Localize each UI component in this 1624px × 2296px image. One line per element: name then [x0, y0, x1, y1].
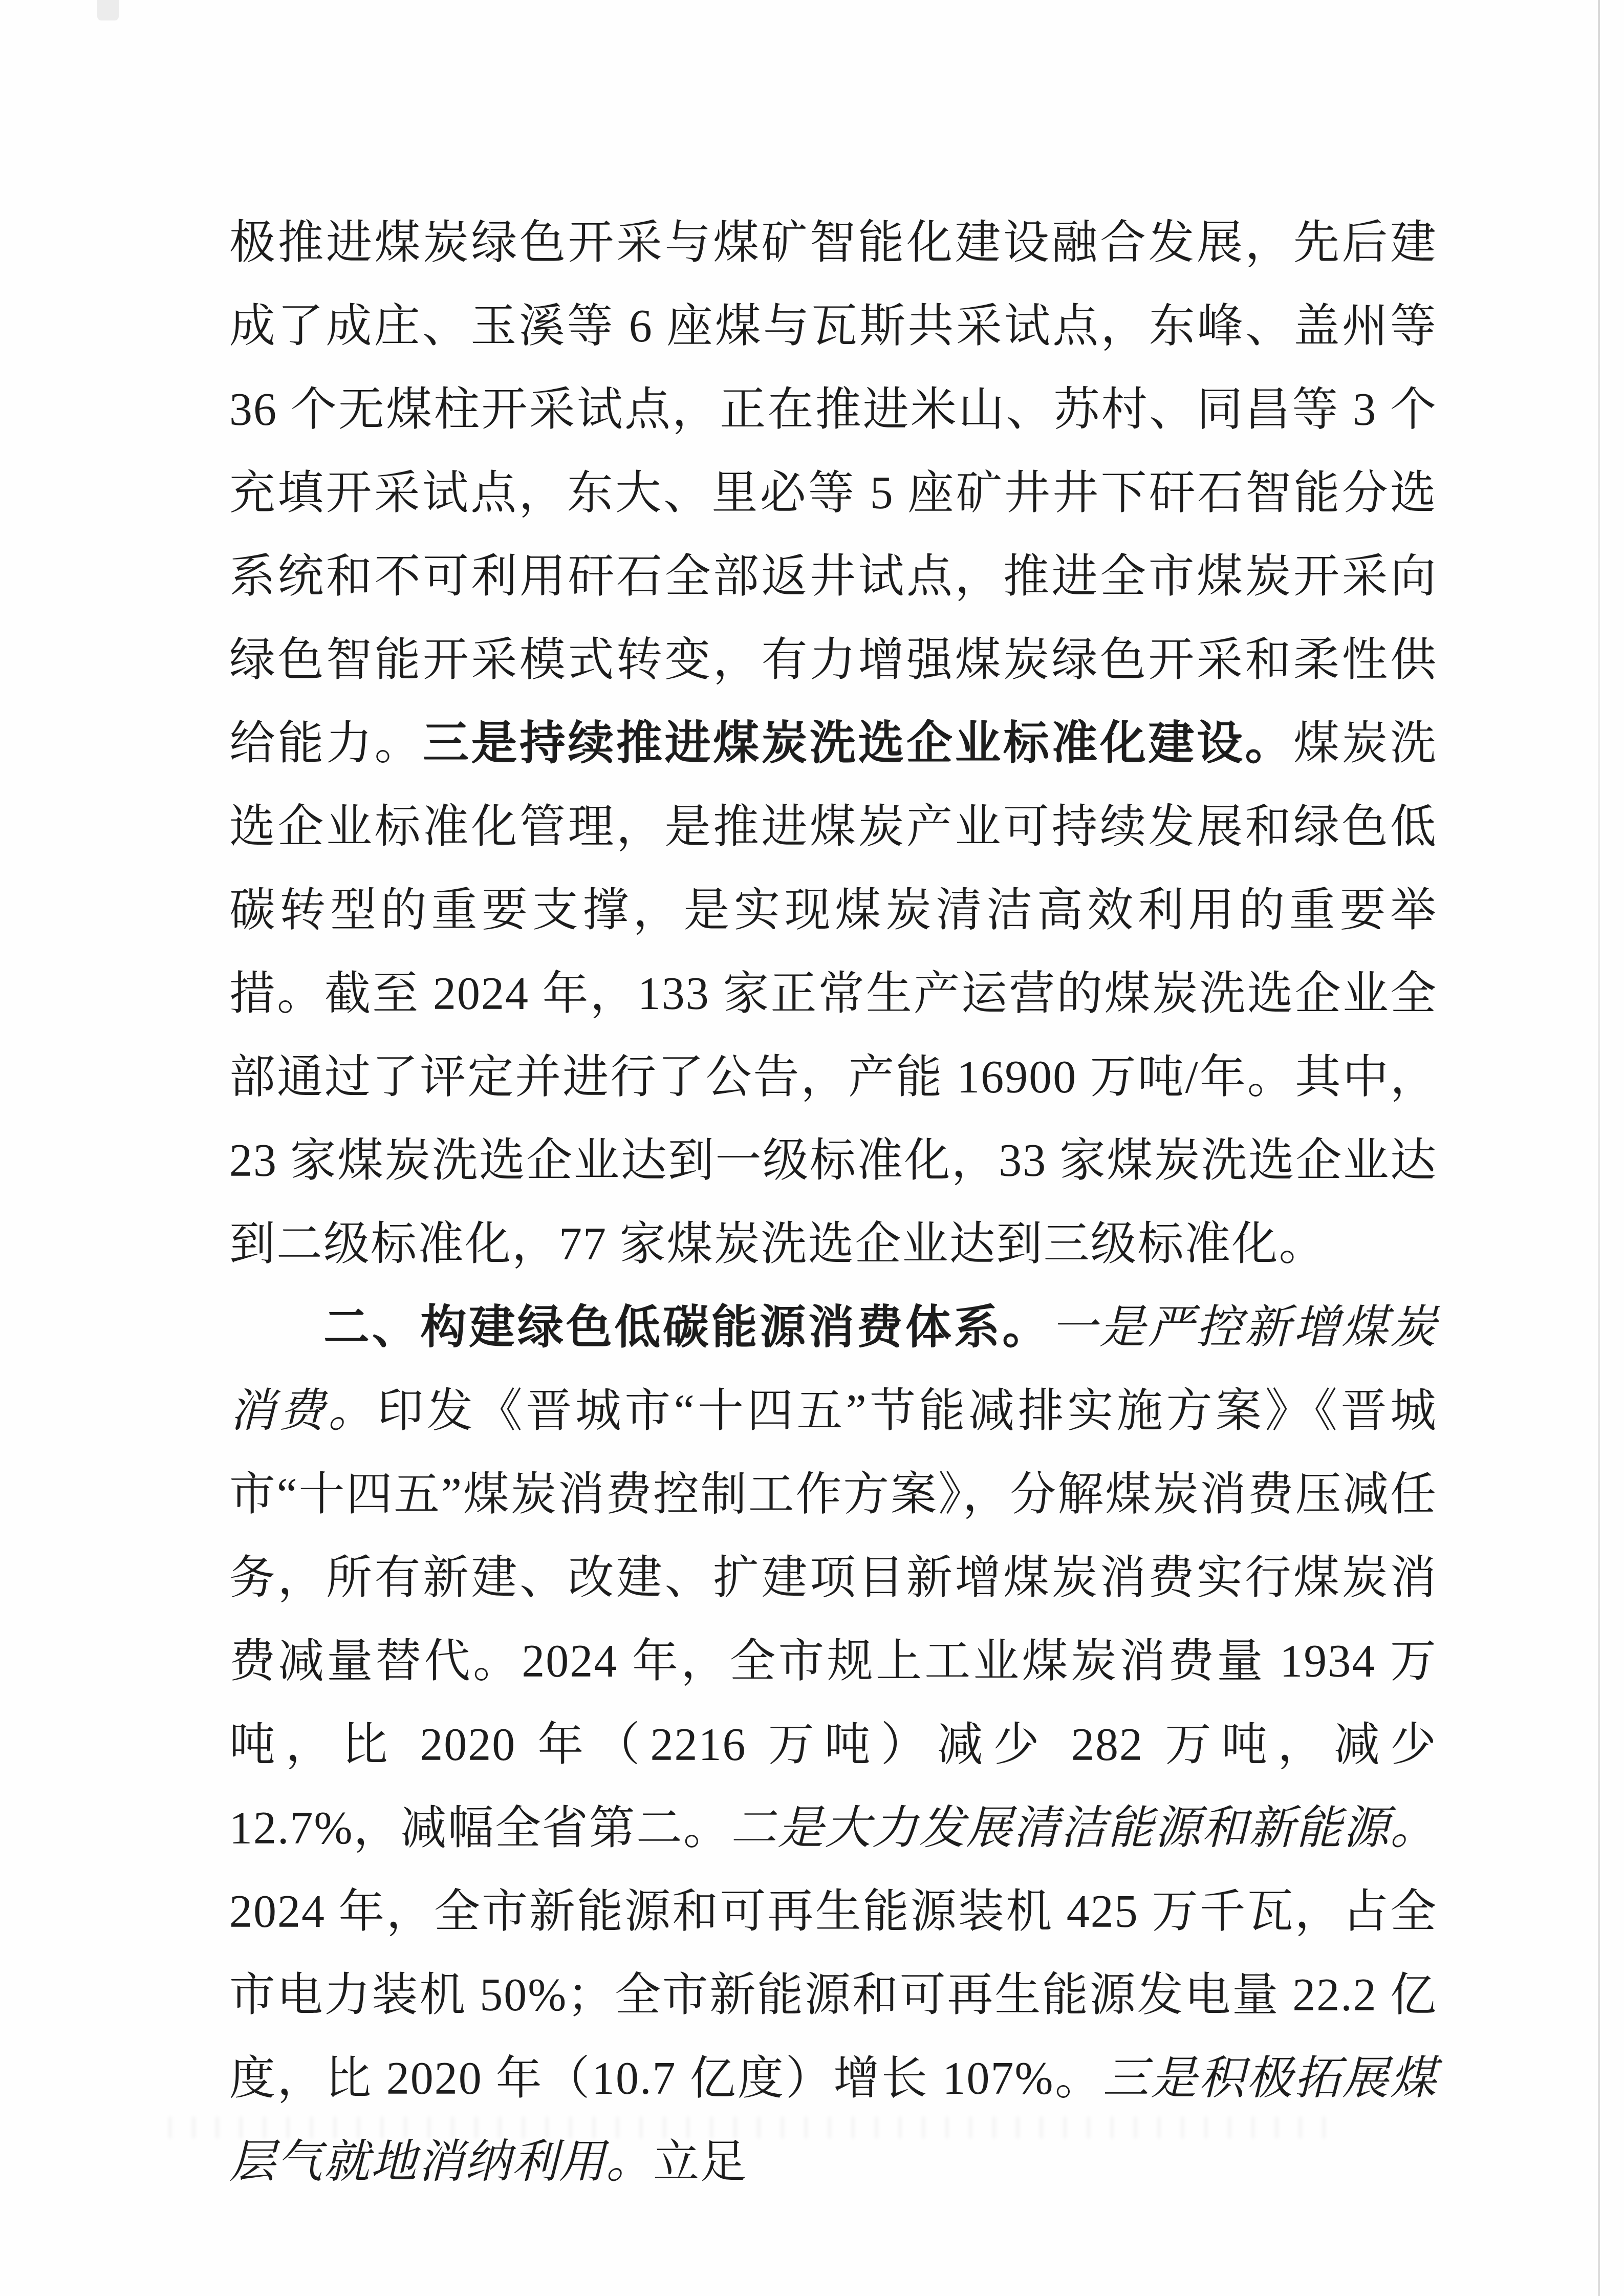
text-run: 二、构建绿色低碳能源消费体系。: [323, 1302, 1051, 1353]
paragraph-1: 极推进煤炭绿色开采与煤矿智能化建设融合发展，先后建成了成庄、玉溪等 6 座煤与瓦…: [229, 201, 1437, 1286]
document-text: 极推进煤炭绿色开采与煤矿智能化建设融合发展，先后建成了成庄、玉溪等 6 座煤与瓦…: [229, 201, 1437, 2204]
document-page: 极推进煤炭绿色开采与煤矿智能化建设融合发展，先后建成了成庄、玉溪等 6 座煤与瓦…: [0, 0, 1624, 2296]
scan-bleedthrough-artifact: [169, 2117, 1341, 2138]
paragraph-2: 二、构建绿色低碳能源消费体系。一是严控新增煤炭消费。印发《晋城市“十四五”节能减…: [229, 1286, 1437, 2204]
text-run: 印发《晋城市“十四五”节能减排实施方案》《晋城市“十四五”煤炭消费控制工作方案》…: [229, 1386, 1437, 1854]
scan-corner-artifact: [97, 0, 119, 20]
text-run: 立足: [653, 2137, 747, 2187]
text-run: 三是持续推进煤炭洗选企业标准化建设。: [423, 718, 1293, 769]
text-run: 极推进煤炭绿色开采与煤矿智能化建设融合发展，先后建成了成庄、玉溪等 6 座煤与瓦…: [229, 218, 1437, 769]
text-run: 煤炭洗选企业标准化管理，是推进煤炭产业可持续发展和绿色低碳转型的重要支撑，是实现…: [229, 718, 1437, 1270]
scan-edge-artifact: [1598, 0, 1600, 2296]
text-run: 二是大力发展清洁能源和新能源。: [730, 1803, 1437, 1854]
